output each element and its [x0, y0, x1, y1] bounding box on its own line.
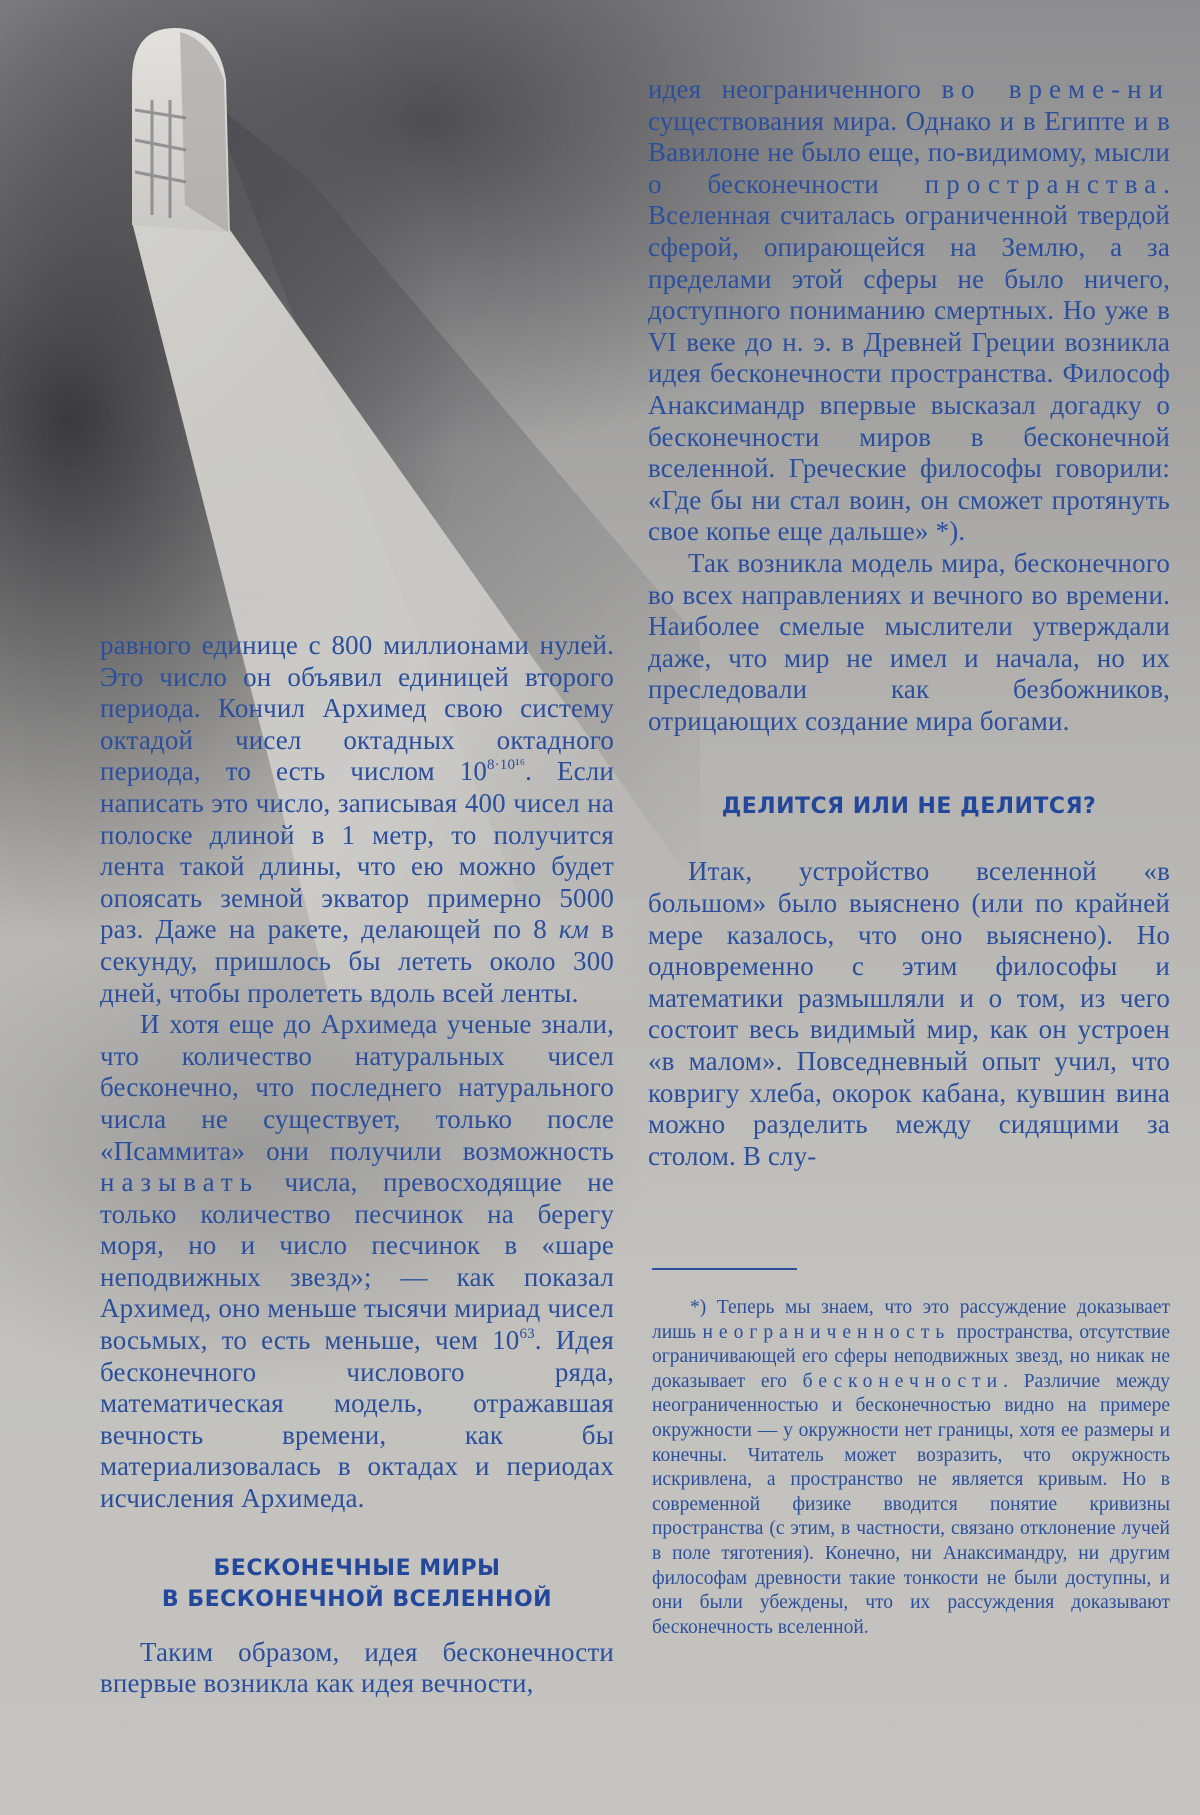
- heading-line-1: БЕСКОНЕЧНЫЕ МИРЫ: [100, 1553, 614, 1584]
- paragraph-eternity: Таким образом, идея бесконечности впервы…: [100, 1637, 614, 1700]
- paragraph-structure-in-small: Итак, устройство вселенной «в большом» б…: [648, 856, 1170, 1172]
- paragraph-archimedes-octads: равного единице с 800 миллионами нулей. …: [100, 630, 614, 1009]
- left-column: равного единице с 800 миллионами нулей. …: [100, 630, 614, 1700]
- heading-line-2: В БЕСКОНЕЧНОЙ ВСЕЛЕННОЙ: [100, 1584, 614, 1615]
- paragraph-infinity-of-space: идея неограниченного во време-ни существ…: [648, 74, 1170, 548]
- paragraph-world-model: Так возникла модель мира, бесконечного в…: [648, 548, 1170, 738]
- footnote: *) Теперь мы знаем, что это рассуждение …: [652, 1296, 1170, 1640]
- paragraph-psammites: И хотя еще до Архимеда ученые знали, что…: [100, 1009, 614, 1515]
- section-heading-divisible: ДЕЛИТСЯ ИЛИ НЕ ДЕЛИТСЯ?: [648, 791, 1170, 822]
- section-heading-infinite-worlds: БЕСКОНЕЧНЫЕ МИРЫ В БЕСКОНЕЧНОЙ ВСЕЛЕННОЙ: [100, 1553, 614, 1615]
- footnote-divider: [652, 1268, 797, 1270]
- right-column: идея неограниченного во време-ни существ…: [648, 74, 1170, 1172]
